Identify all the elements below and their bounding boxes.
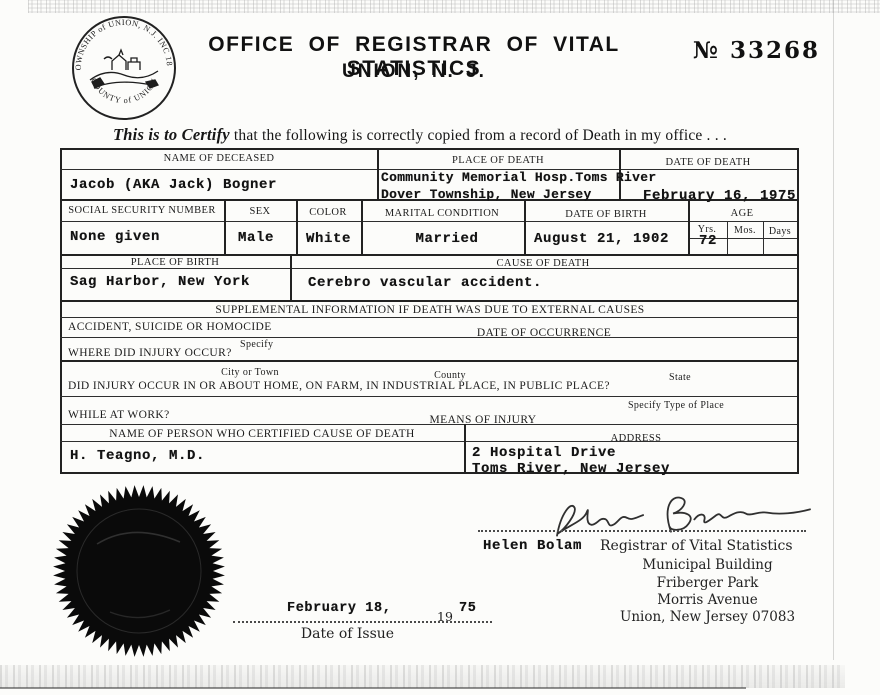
- table-border: [60, 148, 799, 150]
- label-while-at-work: WHILE AT WORK?: [68, 409, 170, 421]
- value-date-of-death: February 16, 1975: [643, 188, 796, 204]
- table-rule: [60, 337, 797, 338]
- registrar-title: Registrar of Vital Statistics: [600, 538, 793, 554]
- value-place-of-death-1: Community Memorial Hosp.Toms River: [381, 170, 656, 185]
- label-date-of-birth: DATE OF BIRTH: [565, 209, 647, 220]
- date-of-issue-typed: February 18,: [287, 601, 391, 616]
- label-means-of-injury: MEANS OF INJURY: [430, 414, 537, 426]
- table-rule: [60, 441, 797, 442]
- label-address: ADDRESS: [611, 433, 662, 444]
- value-color: White: [306, 231, 351, 247]
- table-rule: [60, 424, 797, 425]
- scan-edge-line: [0, 687, 746, 689]
- table-rule: [727, 221, 728, 254]
- table-border: [797, 148, 799, 473]
- value-name-of-deceased: Jacob (AKA Jack) Bogner: [70, 177, 277, 193]
- signature-typed-name: Helen Bolam: [483, 538, 582, 554]
- label-city-or-town: City or Town: [221, 367, 279, 378]
- table-rule: [224, 199, 226, 254]
- table-rule: [60, 317, 797, 318]
- date-of-issue-label: Date of Issue: [250, 626, 445, 642]
- table-rule: [60, 396, 797, 397]
- label-age: AGE: [731, 208, 754, 219]
- office-subtitle: UNION, N. J.: [158, 61, 670, 83]
- label-supplemental: SUPPLEMENTAL INFORMATION IF DEATH WAS DU…: [215, 304, 644, 316]
- table-rule: [60, 268, 797, 269]
- label-did-injury-occur: DID INJURY OCCUR IN OR ABOUT HOME, ON FA…: [68, 380, 610, 392]
- label-cause-of-death: CAUSE OF DEATH: [496, 258, 589, 269]
- table-rule: [464, 424, 466, 472]
- label-age-days: Days: [769, 226, 791, 237]
- table-rule: [524, 199, 526, 254]
- notary-seal: [52, 484, 226, 658]
- date-of-issue-line: [233, 621, 492, 623]
- signature-line: [478, 530, 806, 532]
- label-place-of-birth: PLACE OF BIRTH: [131, 257, 219, 268]
- value-address-1: 2 Hospital Drive: [472, 445, 616, 461]
- certificate-number-label: №: [693, 37, 720, 64]
- value-marital: Married: [415, 231, 478, 247]
- seal-landscape-drawing: [90, 50, 158, 88]
- table-rule: [60, 300, 797, 302]
- value-cause-of-death: Cerebro vascular accident.: [308, 275, 542, 291]
- certify-statement: This is to Certify that the following is…: [113, 125, 727, 145]
- label-specify: Specify: [240, 339, 273, 350]
- date-of-issue-year: 75: [459, 601, 476, 616]
- registrar-address-4: Union, New Jersey 07083: [600, 609, 815, 625]
- label-accident-suicide-homocide: ACCIDENT, SUICIDE OR HOMOCIDE: [68, 321, 272, 333]
- certify-rest: that the following is correctly copied f…: [230, 127, 727, 144]
- table-rule: [60, 360, 797, 362]
- registrar-address-1: Municipal Building: [600, 557, 815, 573]
- table-rule: [361, 199, 363, 254]
- table-rule: [60, 254, 797, 256]
- label-certifier-name: NAME OF PERSON WHO CERTIFIED CAUSE OF DE…: [109, 428, 414, 440]
- label-specify-type-of-place: Specify Type of Place: [628, 400, 724, 411]
- certificate-number: № 33268: [693, 37, 820, 64]
- registrar-address-2: Friberger Park: [600, 575, 815, 591]
- label-place-of-death: PLACE OF DEATH: [452, 155, 544, 166]
- label-name-of-deceased: NAME OF DECEASED: [164, 153, 275, 164]
- date-of-issue-century: 19: [437, 609, 453, 624]
- label-ssn: SOCIAL SECURITY NUMBER: [68, 205, 215, 216]
- value-sex: Male: [238, 230, 274, 246]
- table-rule: [763, 221, 764, 254]
- table-rule: [377, 148, 379, 199]
- value-ssn: None given: [70, 229, 160, 245]
- table-rule: [290, 254, 292, 300]
- value-certifier-name: H. Teagno, M.D.: [70, 448, 205, 464]
- value-age-yrs: 72: [699, 233, 717, 249]
- label-where-did-injury-occur: WHERE DID INJURY OCCUR?: [68, 347, 232, 359]
- page-fold-line: [833, 0, 834, 660]
- label-sex: SEX: [249, 206, 270, 217]
- label-date-of-death: DATE OF DEATH: [665, 157, 750, 168]
- label-state: State: [669, 372, 691, 383]
- label-age-mos: Mos.: [734, 225, 756, 236]
- value-dob: August 21, 1902: [534, 231, 669, 247]
- table-border: [60, 472, 799, 474]
- table-rule: [688, 199, 690, 254]
- death-certificate-page: TOWNSHIP of UNION, N.J. INC 1808 COUNTY …: [0, 0, 880, 695]
- label-date-of-occurrence: DATE OF OCCURRENCE: [477, 327, 611, 339]
- table-rule: [296, 199, 298, 254]
- certify-lead: This is to Certify: [113, 125, 230, 144]
- value-place-of-birth: Sag Harbor, New York: [70, 274, 250, 290]
- label-marital-condition: MARITAL CONDITION: [385, 208, 499, 219]
- value-place-of-death-2: Dover Township, New Jersey: [381, 187, 592, 202]
- certificate-number-value: 33268: [730, 37, 820, 64]
- value-address-2: Toms River, New Jersey: [472, 461, 670, 477]
- label-color: COLOR: [309, 207, 347, 218]
- table-rule: [60, 221, 797, 222]
- scan-noise-bottom: [0, 665, 845, 688]
- notary-seal-burst: [53, 485, 225, 657]
- registrar-address-3: Morris Avenue: [600, 592, 815, 608]
